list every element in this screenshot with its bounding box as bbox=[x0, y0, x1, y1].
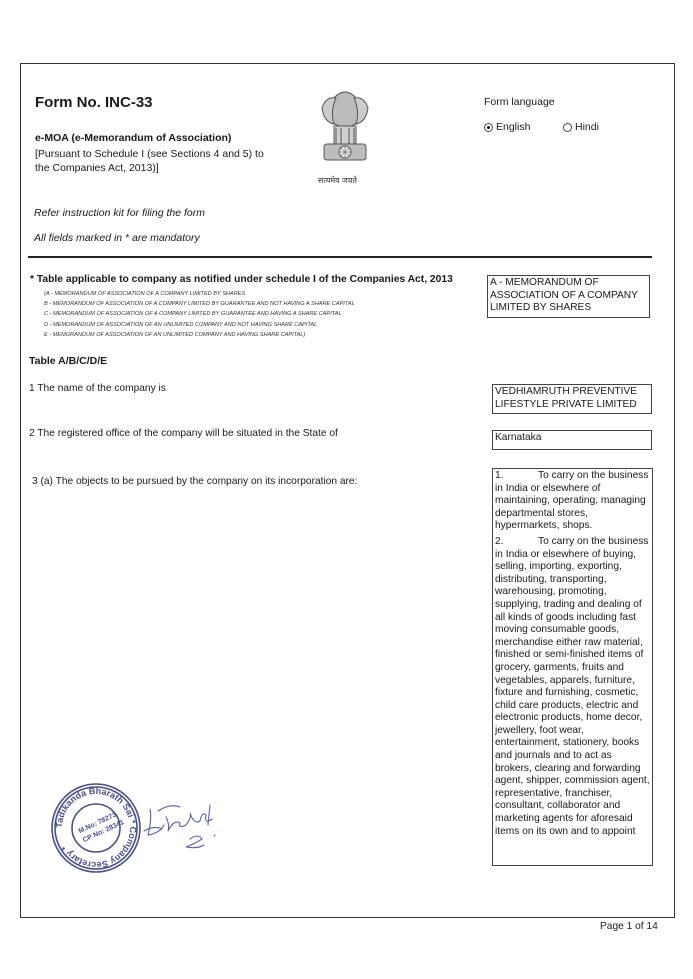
table-applicable-field[interactable]: A - MEMORANDUM OF ASSOCIATION OF A COMPA… bbox=[487, 275, 650, 318]
form-number: Form No. INC-33 bbox=[35, 94, 153, 111]
object-number: 1. bbox=[495, 470, 538, 483]
table-option: (A - MEMORANDUM OF ASSOCIATION OF A COMP… bbox=[44, 289, 355, 299]
form-title: e-MOA (e-Memorandum of Association) bbox=[35, 132, 231, 144]
object-number: 2. bbox=[495, 536, 538, 549]
signature-icon bbox=[140, 795, 230, 855]
radio-checked-icon[interactable] bbox=[484, 123, 493, 132]
table-applicable-heading: * Table applicable to company as notifie… bbox=[30, 274, 453, 285]
language-radio-hindi[interactable]: Hindi bbox=[563, 121, 599, 133]
form-language-label: Form language bbox=[484, 96, 555, 108]
objects-field[interactable]: 1.To carry on the business in India or e… bbox=[492, 468, 653, 866]
table-option: E - MEMORANDUM OF ASSOCIATION OF AN UNLI… bbox=[44, 330, 355, 340]
company-name-field[interactable]: VEDHIAMRUTH PREVENTIVE LIFESTYLE PRIVATE… bbox=[492, 384, 652, 414]
table-options-list: (A - MEMORANDUM OF ASSOCIATION OF A COMP… bbox=[44, 289, 355, 340]
section-divider bbox=[28, 256, 652, 258]
form-subtitle: [Pursuant to Schedule I (see Sections 4 … bbox=[35, 147, 275, 175]
mandatory-fields-note: All fields marked in * are mandatory bbox=[34, 232, 200, 244]
language-radio-english[interactable]: English bbox=[484, 121, 530, 133]
table-section-label: Table A/B/C/D/E bbox=[29, 355, 107, 367]
language-option-label: English bbox=[496, 121, 530, 133]
instruction-kit-note: Refer instruction kit for filing the for… bbox=[34, 207, 205, 219]
table-option: B - MEMORANDUM OF ASSOCIATION OF A COMPA… bbox=[44, 299, 355, 309]
table-option: C - MEMORANDUM OF ASSOCIATION OF A COMPA… bbox=[44, 309, 355, 319]
page-number: Page 1 of 14 bbox=[600, 921, 658, 932]
state-field[interactable]: Karnataka bbox=[492, 430, 652, 450]
radio-unchecked-icon[interactable] bbox=[563, 123, 572, 132]
language-option-label: Hindi bbox=[575, 121, 599, 133]
object-text: To carry on the business in India or els… bbox=[495, 536, 650, 837]
table-option: D - MEMORANDUM OF ASSOCIATION OF AN UNLI… bbox=[44, 320, 355, 330]
emblem-motto: सत्यमेव जयते bbox=[318, 175, 357, 186]
company-secretary-seal-icon: Tadikanda Bharath Sai * Company Secretar… bbox=[48, 780, 144, 876]
object-item: 1.To carry on the business in India or e… bbox=[495, 470, 650, 533]
ashoka-emblem-icon bbox=[312, 82, 378, 172]
state-label: 2 The registered office of the company w… bbox=[29, 428, 338, 439]
company-name-label: 1 The name of the company is bbox=[29, 383, 166, 394]
object-item: 2.To carry on the business in India or e… bbox=[495, 536, 650, 838]
objects-label: 3 (a) The objects to be pursued by the c… bbox=[32, 476, 357, 487]
